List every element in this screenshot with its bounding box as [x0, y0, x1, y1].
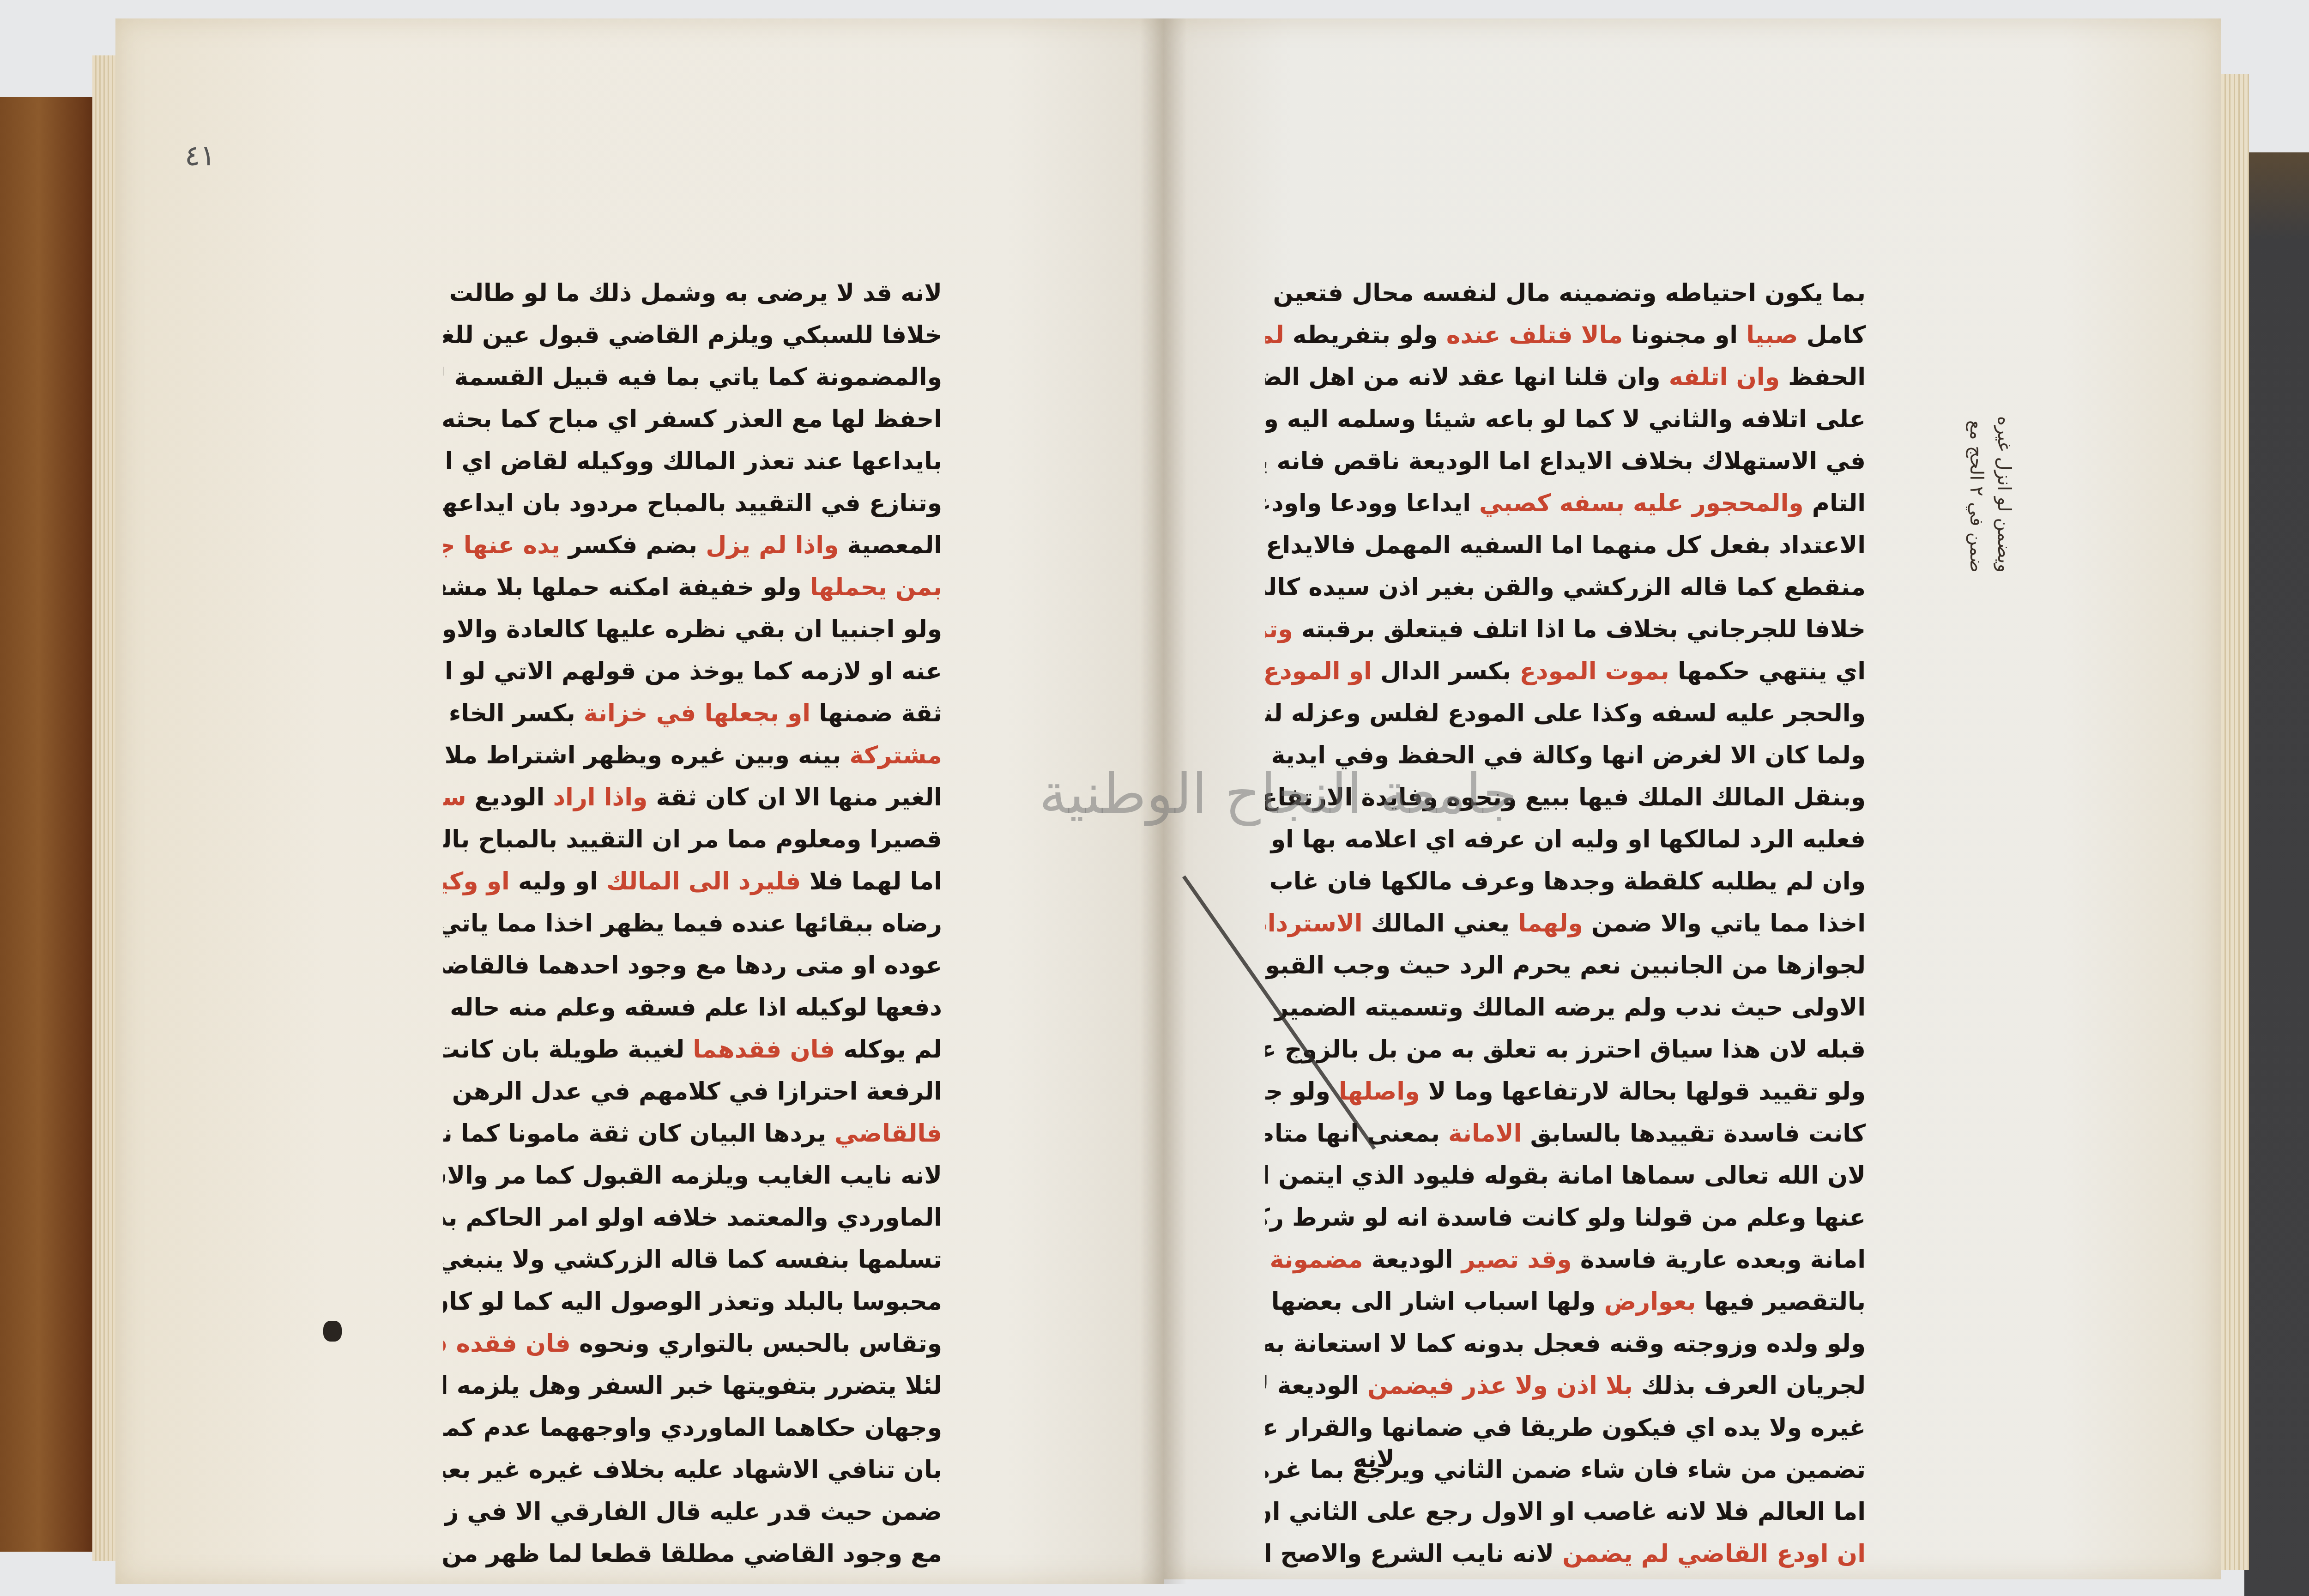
- text-line: لانه قد لا يرضى به وشمل ذلك ما لو طالت غ…: [443, 272, 942, 314]
- text-line: لانه نايب الغايب ويلزمه القبول كما مر وا…: [443, 1155, 942, 1197]
- text-line: خلافا للجرجاني بخلاف ما اذا اتلف فيتعلق …: [1265, 609, 1866, 651]
- body-text: لجوازها من الجانبين نعم يحرم الرد حيث وج…: [1265, 952, 1866, 979]
- text-line: بمن يحملها ولو خفيفة امكنه حملها بلا مشق…: [443, 567, 942, 609]
- rubric-text: ولهما: [1518, 910, 1583, 937]
- body-text: ولو بتفريطه: [1284, 321, 1446, 349]
- body-text: احفظ لها مع العذر كسفر اي مباح كما بحثه …: [443, 405, 942, 433]
- body-text: ولو تقييد قولها بحالة لارتفاعها وما لا: [1420, 1078, 1866, 1106]
- body-text: ولها اسباب اشار الى بعضها فقال: [1265, 1288, 1604, 1316]
- text-line: فالقاضي يردها البيان كان ثقة مامونا كما …: [443, 1113, 942, 1155]
- text-line: عنه او لازمه كما يوخذ من قولهم الاتي لو …: [443, 651, 942, 693]
- text-line: وجهان حكاهما الماوردي واوجههما عدم كما ف…: [443, 1407, 942, 1449]
- rubric-text: الامانة: [1448, 1120, 1522, 1148]
- ink-spot: [323, 1321, 342, 1342]
- text-line: الحفظ وان اتلفه وان قلنا انها عقد لانه م…: [1265, 357, 1866, 399]
- text-line: بان تنافي الاشهاد عليه بخلاف غيره غير بع…: [443, 1449, 942, 1491]
- text-line: ولو تقييد قولها بحالة لارتفاعها وما لا و…: [1265, 1071, 1866, 1113]
- body-text: لان الله تعالى سماها امانة بقوله فليود ا…: [1265, 1162, 1866, 1190]
- body-text: اما لهما فلا: [801, 868, 942, 895]
- rubric-text: وقد تصير: [1462, 1246, 1572, 1274]
- rubric-text: وان اتلفه: [1669, 363, 1780, 391]
- body-text: خلافا للسبكي ويلزم القاضي قبول عين للغاي…: [443, 321, 942, 349]
- text-line: اما لهما فلا فليرد الى المالك او وليه او…: [443, 861, 942, 903]
- text-line: محبوسا بالبلد وتعذر الوصول اليه كما لو ك…: [443, 1281, 942, 1323]
- text-line: والمضمونة كما ياتي بما فيه قبيل القسمة ل…: [443, 357, 942, 399]
- body-text: وتنازع في التقييد بالمباح مردود بان ايدا…: [443, 490, 942, 517]
- text-line: على اتلافه والثاني لا كما لو باعه شيئا و…: [1265, 399, 1866, 441]
- body-text: ثقة ضمنها: [810, 700, 942, 727]
- body-text: ولو اجنبيا ان بقي نظره عليها كالعادة وال…: [443, 616, 942, 643]
- body-text: اما العالم فلا لانه غاصب او الاول رجع عل…: [1265, 1498, 1866, 1526]
- rubric-text: بمن يحملها: [810, 574, 942, 601]
- text-line: اي ينتهي حكمها بموت المودع بكسر الدال او…: [1265, 651, 1866, 693]
- text-line: رضاه ببقائها عنده فيما يظهر اخذا مما يات…: [443, 903, 942, 945]
- body-text: يردها البيان كان ثقة مامونا كما نقله الا…: [443, 1120, 834, 1148]
- body-text: مع وجود القاضي مطلقا قطعا لما ظهر من فسا…: [443, 1540, 942, 1568]
- rubric-text: فالقاضي: [834, 1120, 942, 1148]
- text-line: كامل صبيا او مجنونا مالا فتلف عنده ولو ب…: [1265, 314, 1866, 357]
- rubric-text: بلا اذن ولا عذر فيضمن: [1367, 1372, 1633, 1400]
- body-text: غيره ولا يده اي فيكون طريقا في ضمانها وا…: [1265, 1414, 1866, 1442]
- body-text: بان تنافي الاشهاد عليه بخلاف غيره غير بع…: [443, 1456, 942, 1484]
- text-line: ولو ولده وزوجته وقنه فعجل بدونه كما لا ا…: [1265, 1323, 1866, 1365]
- body-text: فعليه الرد لمالكها او وليه ان عرفه اي اع…: [1265, 826, 1866, 853]
- left-page-text: لانه قد لا يرضى به وشمل ذلك ما لو طالت غ…: [443, 272, 942, 1575]
- body-text: والمضمونة كما ياتي بما فيه قبيل القسمة ل…: [443, 363, 942, 391]
- text-line: لم يوكله فان فقدهما لغيبة طويلة بان كانت…: [443, 1029, 942, 1071]
- text-line: الرفعة احترازا في كلامهم في عدل الرهن وح…: [443, 1071, 942, 1113]
- body-text: لانه قد لا يرضى به وشمل ذلك ما لو طالت غ…: [443, 279, 942, 307]
- body-text: عوده او متى ردها مع وجود احدهما فالقاضي …: [443, 952, 942, 979]
- book-cover-left: [0, 97, 97, 1552]
- rubric-text: وترتفع: [1265, 616, 1293, 643]
- rubric-text: او بجعلها في خزانة: [584, 700, 810, 727]
- text-line: عوده او متى ردها مع وجود احدهما فالقاضي …: [443, 945, 942, 987]
- text-line: التام والمحجور عليه بسفه كصبي ايداعا وود…: [1265, 483, 1866, 525]
- body-text: يعني المالك: [1363, 910, 1518, 937]
- text-line: لجوازها من الجانبين نعم يحرم الرد حيث وج…: [1265, 945, 1866, 987]
- body-text: كامل: [1798, 321, 1866, 349]
- body-text: بينه وبين غيره ويظهر اشتراط ملاحظته لها …: [443, 742, 850, 769]
- text-line: احفظ لها مع العذر كسفر اي مباح كما بحثه …: [443, 399, 942, 441]
- text-line: بايداعها عند تعذر المالك ووكيله لقاض اي …: [443, 441, 942, 483]
- body-text: وجهان حكاهما الماوردي واوجههما عدم كما ف…: [443, 1414, 942, 1442]
- body-text: لم يوكله: [835, 1036, 942, 1064]
- text-line: تسلمها بنفسه كما قاله الزركشي ولا ينبغي …: [443, 1239, 942, 1281]
- text-line: امانة وبعده عارية فاسدة وقد تصير الوديعة…: [1265, 1239, 1866, 1281]
- body-text: الماوردي والمعتمد خلافه اولو امر الحاكم …: [443, 1204, 942, 1232]
- body-text: عنها وعلم من قولنا ولو كانت فاسدة انه لو…: [1265, 1204, 1866, 1232]
- body-text: عنه او لازمه كما يوخذ من قولهم الاتي لو …: [443, 658, 942, 685]
- text-line: غيره ولا يده اي فيكون طريقا في ضمانها وا…: [1265, 1407, 1866, 1449]
- body-text: لانه نايب الغايب ويلزمه القبول كما مر وا…: [443, 1162, 942, 1190]
- text-line: ثقة ضمنها او بجعلها في خزانة بكسر الخاء …: [443, 693, 942, 735]
- text-line: وتنازع في التقييد بالمباح مردود بان ايدا…: [443, 483, 942, 525]
- body-text: لغيبة طويلة بان كانت مسافة قصر كما بحثه …: [443, 1036, 693, 1064]
- text-line: لجريان العرف بذلك بلا اذن ولا عذر فيضمن …: [1265, 1365, 1866, 1407]
- text-line: اخذا مما ياتي والا ضمن ولهما يعني المالك…: [1265, 903, 1866, 945]
- body-text: امانة وبعده عارية فاسدة: [1572, 1246, 1866, 1274]
- text-line: ضمن حيث قدر عليه قال الفارقي الا في زمنن…: [443, 1491, 942, 1533]
- body-text: وان قلنا انها عقد لانه من اهل الضمان ولم…: [1265, 363, 1669, 391]
- rubric-text: يده عنها جازت: [443, 532, 560, 559]
- rubric-text: بعوارض: [1604, 1288, 1696, 1316]
- body-text: ولو خفيفة امكنه حملها بلا مشقة فيما يظهر: [443, 574, 810, 601]
- body-text: الوديع: [466, 784, 553, 811]
- body-text: او وليه: [510, 868, 606, 895]
- text-line: الاعتداد بفعل كل منهما اما السفيه المهمل…: [1265, 525, 1866, 567]
- body-text: وتقاس بالحبس بالتواري ونحوه: [571, 1330, 942, 1358]
- text-line: مشتركة بينه وبين غيره ويظهر اشتراط ملاحظ…: [443, 735, 942, 777]
- margin-note-line: ضمن في ٢ الحج مع: [1963, 342, 1990, 573]
- body-text: الغير منها الا ان كان ثقة: [647, 784, 942, 811]
- text-line: والحجر عليه لسفه وكذا على المودع لفلس وع…: [1265, 693, 1866, 735]
- text-line: الماوردي والمعتمد خلافه اولو امر الحاكم …: [443, 1197, 942, 1239]
- rubric-text: فان فقده فامين: [443, 1330, 571, 1358]
- rubric-text: مشتركة: [850, 742, 942, 769]
- body-text: دفعها لوكيله اذا علم فسقه وعلم منه حاله …: [443, 994, 942, 1022]
- body-text: الرفعة احترازا في كلامهم في عدل الرهن وح…: [443, 1078, 942, 1106]
- rubric-text: مالا فتلف عنده: [1446, 321, 1623, 349]
- body-text: محبوسا بالبلد وتعذر الوصول اليه كما لو ك…: [443, 1288, 942, 1316]
- text-line: المعصية واذا لم يزل بضم فكسر يده عنها جا…: [443, 525, 942, 567]
- text-line: مع وجود القاضي مطلقا قطعا لما ظهر من فسا…: [443, 1533, 942, 1575]
- text-line: دفعها لوكيله اذا علم فسقه وعلم منه حاله …: [443, 987, 942, 1029]
- text-line: لان الله تعالى سماها امانة بقوله فليود ا…: [1265, 1155, 1866, 1197]
- right-page-text: بما يكون احتياطه وتضمينه مال لنفسه محال …: [1265, 272, 1866, 1575]
- text-line: الاولى حيث ندب ولم يرضه المالك وتسميته ا…: [1265, 987, 1866, 1029]
- text-line: ولو اجنبيا ان بقي نظره عليها كالعادة وال…: [443, 609, 942, 651]
- text-line: منقطع كما قاله الزركشي والقن بغير اذن سي…: [1265, 567, 1866, 609]
- text-line: وان لم يطلبه كلقطة وجدها وعرف مالكها فان…: [1265, 861, 1866, 903]
- text-line: الغير منها الا ان كان ثقة واذا اراد الود…: [443, 777, 942, 819]
- body-text: لجريان العرف بذلك: [1633, 1372, 1866, 1400]
- body-text: لئلا يتضرر بتفويتها خبر السفر وهل يلزمه …: [443, 1372, 942, 1400]
- body-text: والحجر عليه لسفه وكذا على المودع لفلس وع…: [1265, 700, 1866, 727]
- margin-note-line: ويضمن لو انزل غيره: [1990, 342, 2018, 573]
- body-text: بكسر الخاء من خشب او بناء مثلا كما شمله …: [443, 700, 584, 727]
- text-line: لئلا يتضرر بتفويتها خبر السفر وهل يلزمه …: [443, 1365, 942, 1407]
- text-line: قصيرا ومعلوم مما مر ان التقييد بالمباح ب…: [443, 819, 942, 861]
- body-text: تسلمها بنفسه كما قاله الزركشي ولا ينبغي …: [443, 1246, 942, 1274]
- body-text: قبله لان هذا سياق احترز به تعلق به من بل…: [1265, 1036, 1866, 1064]
- rubric-text: سفرا: [443, 784, 466, 811]
- body-text: بما يكون احتياطه وتضمينه مال لنفسه محال …: [1265, 279, 1866, 307]
- body-text: كانت فاسدة تقييدها بالسابق: [1522, 1120, 1866, 1148]
- body-text: الوديعة لان المالك لم يرض بامانة: [1265, 1372, 1367, 1400]
- body-text: اخذا مما ياتي والا ضمن: [1583, 910, 1866, 937]
- text-line: وتقاس بالحبس بالتواري ونحوه فان فقده فام…: [443, 1323, 942, 1365]
- text-line: بالتقصير فيها بعوارض ولها اسباب اشار الى…: [1265, 1281, 1866, 1323]
- body-text: بالتقصير فيها: [1696, 1288, 1866, 1316]
- body-text: في الاستهلاك بخلاف الايداع اما الوديعة ن…: [1265, 447, 1866, 475]
- rubric-text: واذا لم يزل: [706, 532, 839, 559]
- text-line: بما يكون احتياطه وتضمينه مال لنفسه محال …: [1265, 272, 1866, 314]
- body-text: على اتلافه والثاني لا كما لو باعه شيئا و…: [1265, 405, 1866, 433]
- body-text: ولو ولده وزوجته وقنه فعجل بدونه كما لا ا…: [1265, 1330, 1866, 1358]
- body-text: الاعتداد بفعل كل منهما اما السفيه المهمل…: [1265, 532, 1866, 559]
- book-cover-right: [2244, 152, 2309, 1596]
- body-text: او مجنونا: [1623, 321, 1746, 349]
- body-text: رضاه ببقائها عنده فيما يظهر اخذا مما يات…: [443, 910, 942, 937]
- rubric-text: بموت المودع: [1519, 658, 1669, 685]
- text-line: خلافا للسبكي ويلزم القاضي قبول عين للغاي…: [443, 314, 942, 357]
- body-text: قصيرا ومعلوم مما مر ان التقييد بالمباح ب…: [443, 826, 942, 853]
- rubric-text: واصلها: [1339, 1078, 1420, 1106]
- text-line: قبله لان هذا سياق احترز به تعلق به من بل…: [1265, 1029, 1866, 1071]
- rubric-text: صبيا: [1746, 321, 1798, 349]
- rubric-text: والمحجور عليه بسفه كصبي: [1479, 490, 1804, 517]
- rubric-text: او وكيله: [443, 868, 510, 895]
- rubric-text: الاسترداد: [1265, 910, 1363, 937]
- body-text: الاولى حيث ندب ولم يرضه المالك وتسميته ا…: [1265, 994, 1866, 1022]
- text-line: ان اودع القاضي لم يضمن لانه نايب الشرع و…: [1265, 1533, 1866, 1575]
- catchword: لانه: [1353, 1445, 1395, 1473]
- watermark: جامعة النجاح الوطنية: [1039, 762, 1517, 826]
- body-text: اي ينتهي حكمها: [1669, 658, 1866, 685]
- body-text: ضمن حيث قدر عليه قال الفارقي الا في زمنن…: [443, 1498, 942, 1526]
- body-text: خلافا للجرجاني بخلاف ما اذا اتلف فيتعلق …: [1293, 616, 1866, 643]
- rubric-text: فان فقدهما: [693, 1036, 835, 1064]
- body-text: منقطع كما قاله الزركشي والقن بغير اذن سي…: [1265, 574, 1866, 601]
- body-text: وان لم يطلبه كلقطة وجدها وعرف مالكها فان…: [1265, 868, 1866, 895]
- text-line: عنها وعلم من قولنا ولو كانت فاسدة انه لو…: [1265, 1197, 1866, 1239]
- body-text: ايداعا وودعا واودعا ذكره مما يجاب عدم: [1265, 490, 1479, 517]
- folio-number: ٤١: [185, 139, 216, 172]
- body-text: بايداعها عند تعذر المالك ووكيله لقاض اي …: [443, 447, 942, 475]
- body-text: بكسر الدال: [1372, 658, 1520, 685]
- rubric-text: فليرد الى المالك: [606, 868, 801, 895]
- body-text: الوديعة: [1363, 1246, 1461, 1274]
- body-text: بضم فكسر: [560, 532, 706, 559]
- text-line: اما العالم فلا لانه غاصب او الاول رجع عل…: [1265, 1491, 1866, 1533]
- body-text: لانه نايب الشرع والاصح انه لا فرق وان غا…: [1265, 1540, 1562, 1568]
- body-text: التام: [1804, 490, 1866, 517]
- marginal-note: ويضمن لو انزل غيرهضمن في ٢ الحج مع: [1944, 342, 2018, 573]
- rubric-text: واذا اراد: [553, 784, 647, 811]
- text-line: في الاستهلاك بخلاف الايداع اما الوديعة ن…: [1265, 441, 1866, 483]
- rubric-text: او المودع: [1265, 658, 1372, 685]
- rubric-text: مضمونة: [1269, 1246, 1363, 1274]
- rubric-text: لم يضمن: [1265, 321, 1284, 349]
- body-text: الحفظ: [1780, 363, 1866, 391]
- rubric-text: ان اودع القاضي لم يضمن: [1562, 1540, 1866, 1568]
- body-text: المعصية: [839, 532, 942, 559]
